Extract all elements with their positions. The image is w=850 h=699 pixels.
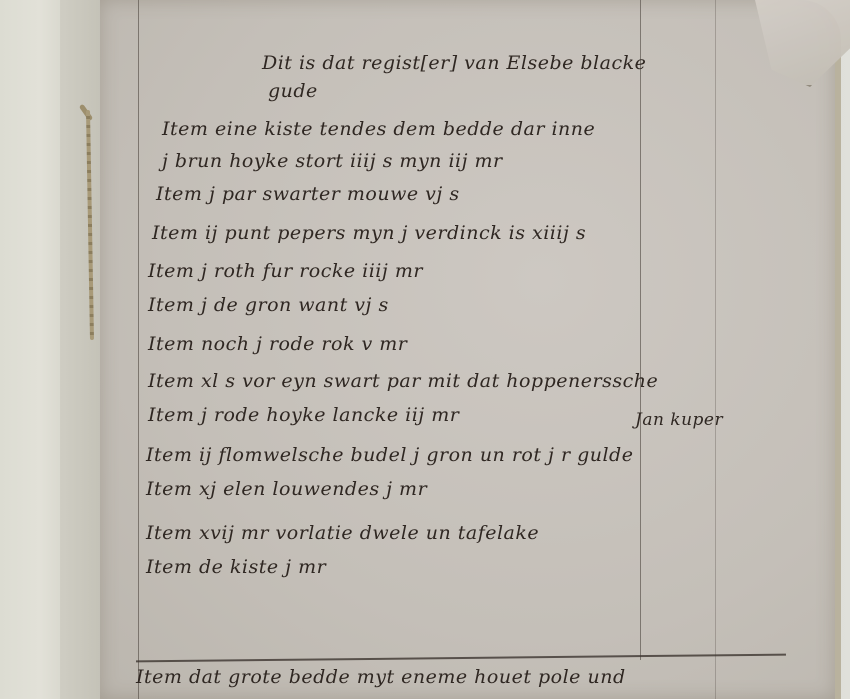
- horizontal-ruling-line: [136, 654, 786, 663]
- entry-line: Item xl s vor eyn swart par mit dat hopp…: [148, 370, 658, 392]
- entry-line: Item ij flomwelsche budel j gron un rot …: [146, 444, 633, 466]
- heading-line-1: Dit is dat regist[er] van Elsebe blacke: [262, 52, 646, 74]
- entry-line: Item noch j rode rok v mr: [148, 333, 407, 355]
- entry-line: Item ij punt pepers myn j verdinck is xi…: [152, 222, 586, 244]
- left-ruling-line: [138, 0, 139, 699]
- entry-line: Item j rode hoyke lancke iij mr: [148, 404, 459, 426]
- marginal-note: Jan kuper: [635, 410, 723, 430]
- right-ruling-line: [640, 0, 641, 660]
- outer-ruling-line: [715, 0, 716, 699]
- entry-line: Item j roth fur rocke iiij mr: [148, 260, 423, 282]
- heading-line-2: gude: [268, 80, 318, 102]
- entry-line: Item xj elen louwendes j mr: [146, 478, 427, 500]
- manuscript-leaf: Dit is dat regist[er] van Elsebe blacke …: [100, 0, 841, 699]
- entry-line: Item de kiste j mr: [146, 556, 326, 578]
- folded-corner: [755, 0, 850, 87]
- entry-line: Item eine kiste tendes dem bedde dar inn…: [162, 118, 595, 140]
- entry-line: j brun hoyke stort iiij s myn iij mr: [162, 150, 503, 172]
- entry-line: Item j de gron want vj s: [148, 294, 389, 316]
- entry-line: Item j par swarter mouwe vj s: [156, 183, 460, 205]
- entry-line: Item xvij mr vorlatie dwele un tafelake: [146, 522, 539, 544]
- footer-entry-line: Item dat grote bedde myt eneme houet pol…: [136, 666, 626, 688]
